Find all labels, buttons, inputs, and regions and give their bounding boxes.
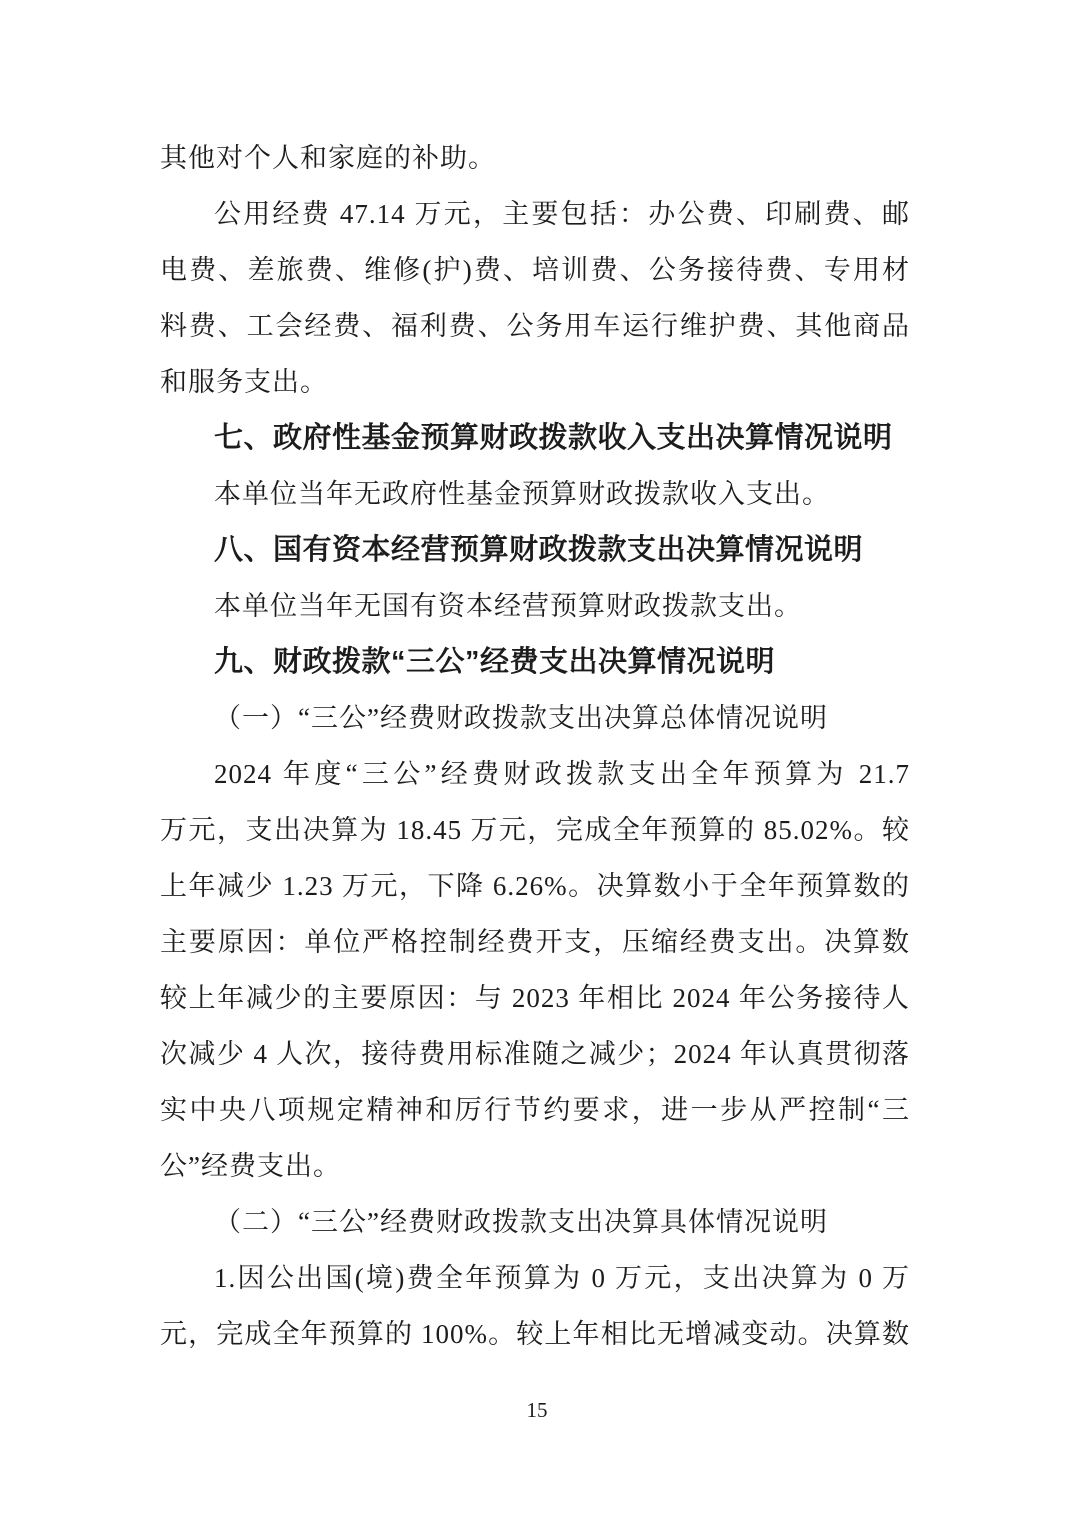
text-line: （二）“三公”经费财政拨款支出决算具体情况说明 [160,1194,910,1250]
text-line: 电费、差旅费、维修(护)费、培训费、公务接待费、专用材 [160,242,910,298]
text-line: 和服务支出。 [160,354,910,410]
text-line: 次减少 4 人次，接待费用标准随之减少；2024 年认真贯彻落 [160,1026,910,1082]
section-heading: 八、国有资本经营预算财政拨款支出决算情况说明 [160,522,910,578]
text-line: 本单位当年无政府性基金预算财政拨款收入支出。 [160,466,910,522]
text-line: 主要原因：单位严格控制经费开支，压缩经费支出。决算数 [160,914,910,970]
text-line: 元，完成全年预算的 100%。较上年相比无增减变动。决算数 [160,1306,910,1362]
section-heading: 九、财政拨款“三公”经费支出决算情况说明 [160,634,910,690]
text-line: 万元，支出决算为 18.45 万元，完成全年预算的 85.02%。较 [160,802,910,858]
text-line: 实中央八项规定精神和厉行节约要求，进一步从严控制“三 [160,1082,910,1138]
page-number: 15 [0,1398,1074,1423]
text-line: （一）“三公”经费财政拨款支出决算总体情况说明 [160,690,910,746]
text-body: 其他对个人和家庭的补助。公用经费 47.14 万元，主要包括：办公费、印刷费、邮… [160,130,910,1362]
text-line: 公”经费支出。 [160,1138,910,1194]
text-line: 公用经费 47.14 万元，主要包括：办公费、印刷费、邮 [160,186,910,242]
text-line: 本单位当年无国有资本经营预算财政拨款支出。 [160,578,910,634]
text-line: 2024 年度“三公”经费财政拨款支出全年预算为 21.7 [160,746,910,802]
text-line: 其他对个人和家庭的补助。 [160,130,910,186]
text-line: 1.因公出国(境)费全年预算为 0 万元，支出决算为 0 万 [160,1250,910,1306]
text-line: 料费、工会经费、福利费、公务用车运行维护费、其他商品 [160,298,910,354]
document-page: 其他对个人和家庭的补助。公用经费 47.14 万元，主要包括：办公费、印刷费、邮… [0,0,1074,1520]
text-line: 较上年减少的主要原因：与 2023 年相比 2024 年公务接待人 [160,970,910,1026]
text-line: 上年减少 1.23 万元，下降 6.26%。决算数小于全年预算数的 [160,858,910,914]
section-heading: 七、政府性基金预算财政拨款收入支出决算情况说明 [160,410,910,466]
